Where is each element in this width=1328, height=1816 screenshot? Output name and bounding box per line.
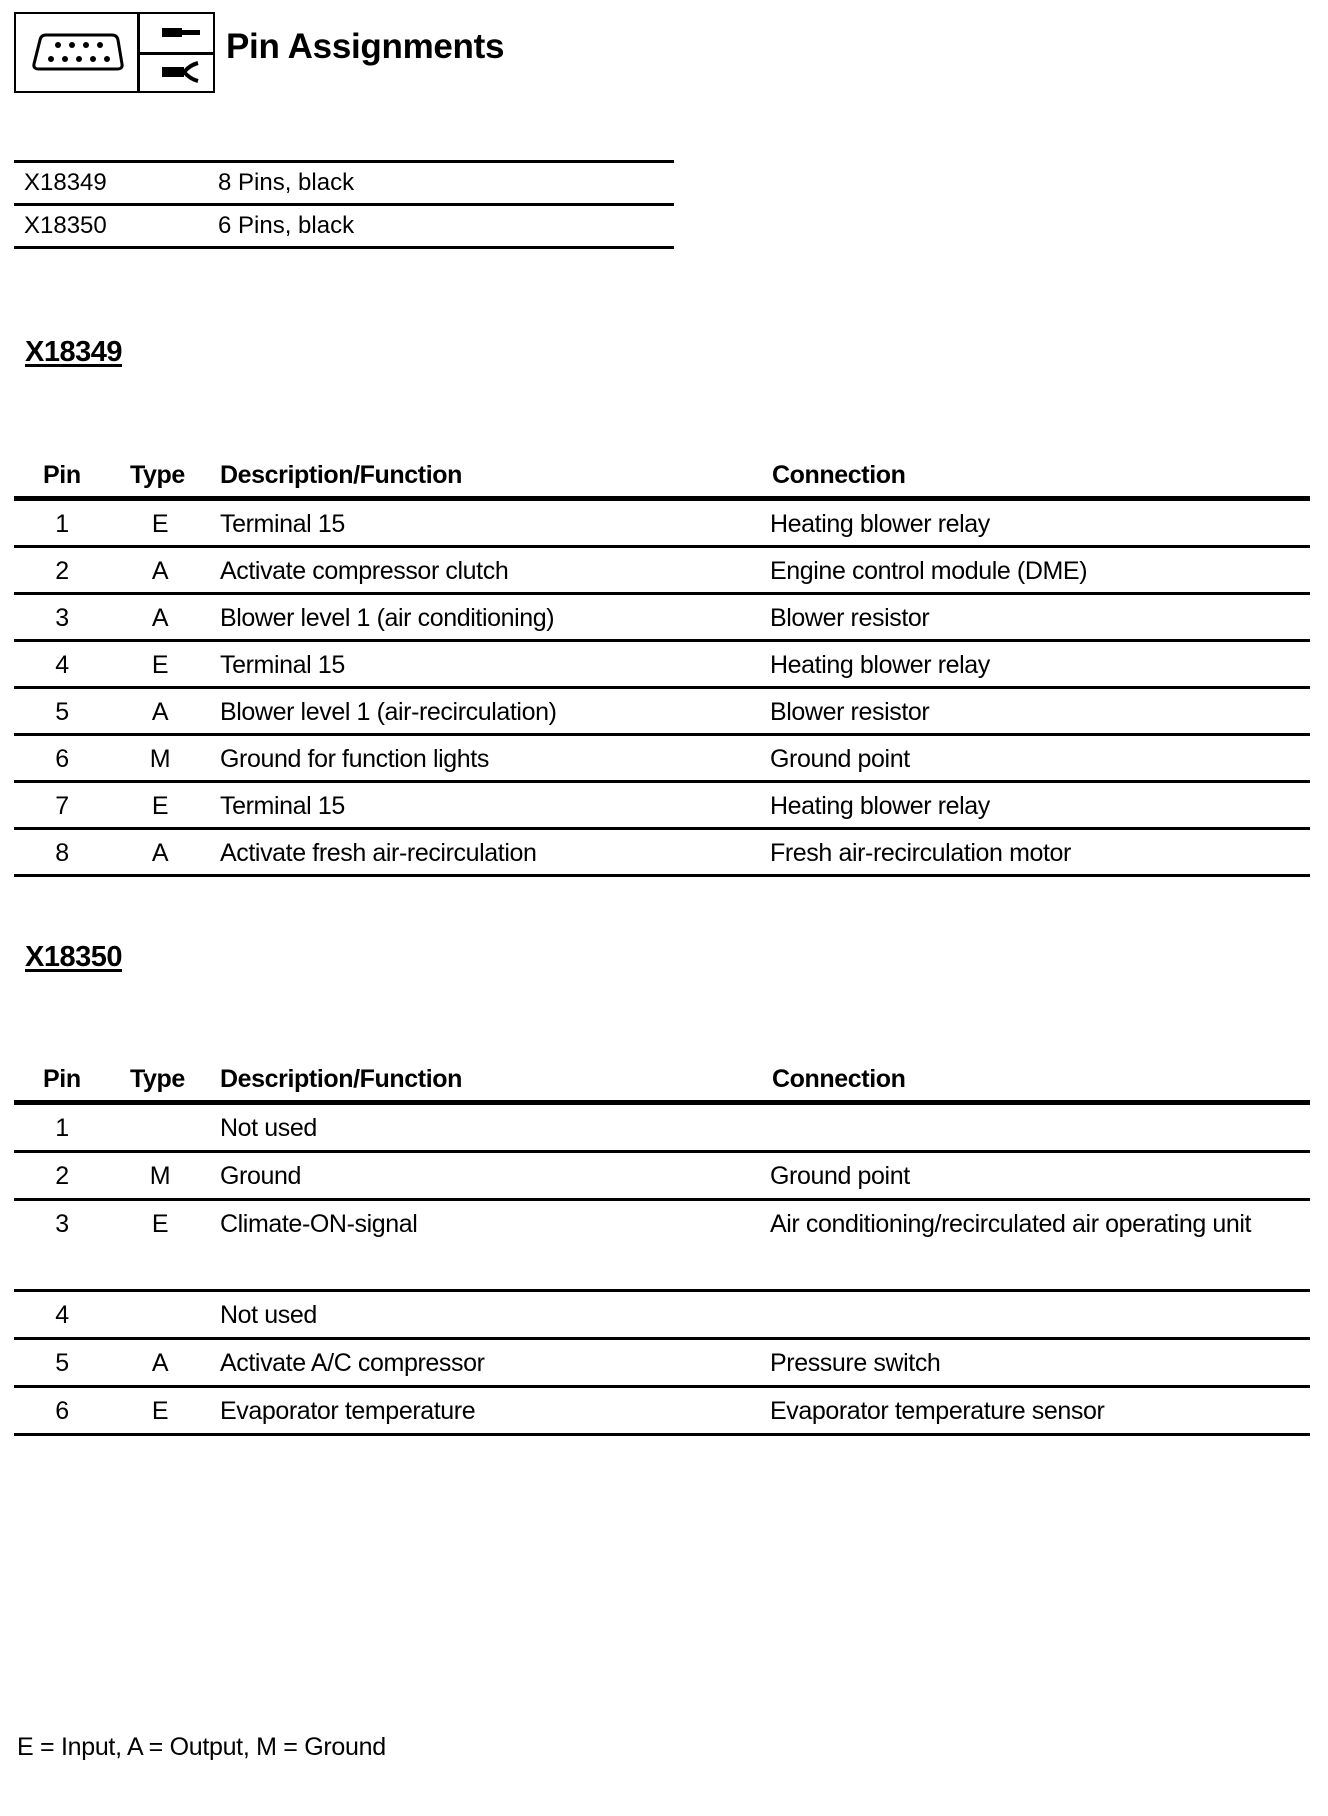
cell-pin: 7 bbox=[42, 789, 82, 823]
cell-type: E bbox=[140, 1207, 180, 1241]
summary-row: X18350 6 Pins, black bbox=[14, 203, 674, 249]
cell-type: A bbox=[140, 601, 180, 635]
cell-connection: Heating blower relay bbox=[770, 648, 1290, 682]
cell-pin: 3 bbox=[42, 1207, 82, 1241]
cell-connection: Ground point bbox=[770, 1159, 1290, 1193]
cell-pin: 3 bbox=[42, 601, 82, 635]
column-header-type: Type bbox=[130, 1064, 185, 1094]
pin-table-x18350: PinTypeDescription/FunctionConnection1No… bbox=[14, 1056, 1310, 1436]
section-heading-x18350: X18350 bbox=[25, 941, 122, 974]
column-header-pin: Pin bbox=[43, 460, 81, 490]
male-pin-icon bbox=[140, 14, 213, 55]
summary-connector: X18349 bbox=[24, 167, 107, 199]
cell-type: A bbox=[140, 695, 180, 729]
cell-pin: 1 bbox=[42, 507, 82, 541]
cell-type: E bbox=[140, 1394, 180, 1428]
cell-description: Terminal 15 bbox=[220, 789, 345, 823]
column-header-description: Description/Function bbox=[220, 460, 462, 490]
table-row: 1Not used bbox=[14, 1105, 1310, 1153]
table-row: 8AActivate fresh air-recirculationFresh … bbox=[14, 830, 1310, 877]
table-row: 2AActivate compressor clutchEngine contr… bbox=[14, 548, 1310, 595]
cell-type: M bbox=[140, 742, 180, 776]
female-socket-icon bbox=[140, 55, 213, 91]
summary-info: 8 Pins, black bbox=[218, 167, 354, 199]
cell-pin: 5 bbox=[42, 695, 82, 729]
table-row: 6MGround for function lightsGround point bbox=[14, 736, 1310, 783]
cell-description: Evaporator temperature bbox=[220, 1394, 475, 1428]
summary-connector: X18350 bbox=[24, 210, 107, 242]
cell-type: E bbox=[140, 789, 180, 823]
cell-pin: 4 bbox=[42, 648, 82, 682]
cell-connection: Blower resistor bbox=[770, 695, 1290, 729]
cell-type: E bbox=[140, 648, 180, 682]
table-header: PinTypeDescription/FunctionConnection bbox=[14, 452, 1310, 496]
cell-connection: Heating blower relay bbox=[770, 789, 1290, 823]
cell-description: Activate compressor clutch bbox=[220, 554, 508, 588]
cell-type: M bbox=[140, 1159, 180, 1193]
cell-connection: Pressure switch bbox=[770, 1346, 1290, 1380]
table-row: 5ABlower level 1 (air-recirculation)Blow… bbox=[14, 689, 1310, 736]
table-header: PinTypeDescription/FunctionConnection bbox=[14, 1056, 1310, 1100]
cell-description: Ground for function lights bbox=[220, 742, 489, 776]
cell-connection: Fresh air-recirculation motor bbox=[770, 836, 1290, 870]
cell-pin: 1 bbox=[42, 1111, 82, 1145]
column-header-description: Description/Function bbox=[220, 1064, 462, 1094]
cell-description: Blower level 1 (air conditioning) bbox=[220, 601, 554, 635]
cell-connection: Engine control module (DME) bbox=[770, 554, 1290, 588]
table-row: 2MGroundGround point bbox=[14, 1153, 1310, 1201]
cell-pin: 8 bbox=[42, 836, 82, 870]
cell-type: A bbox=[140, 554, 180, 588]
cell-pin: 6 bbox=[42, 742, 82, 776]
table-row: 1ETerminal 15Heating blower relay bbox=[14, 501, 1310, 548]
table-row: 6EEvaporator temperatureEvaporator tempe… bbox=[14, 1388, 1310, 1436]
cell-connection: Ground point bbox=[770, 742, 1290, 776]
cell-pin: 4 bbox=[42, 1298, 82, 1332]
summary-info: 6 Pins, black bbox=[218, 210, 354, 242]
cell-type: A bbox=[140, 1346, 180, 1380]
cell-pin: 2 bbox=[42, 554, 82, 588]
cell-type: A bbox=[140, 836, 180, 870]
cell-description: Terminal 15 bbox=[220, 507, 345, 541]
table-row: 4Not used bbox=[14, 1292, 1310, 1340]
cell-connection: Blower resistor bbox=[770, 601, 1290, 635]
cell-description: Activate fresh air-recirculation bbox=[220, 836, 537, 870]
table-row: 3EClimate-ON-signalAir conditioning/reci… bbox=[14, 1201, 1310, 1292]
cell-description: Climate-ON-signal bbox=[220, 1207, 417, 1241]
cell-pin: 2 bbox=[42, 1159, 82, 1193]
pin-table-x18349: PinTypeDescription/FunctionConnection1ET… bbox=[14, 452, 1310, 877]
cell-pin: 5 bbox=[42, 1346, 82, 1380]
table-row: 3ABlower level 1 (air conditioning)Blowe… bbox=[14, 595, 1310, 642]
cell-description: Activate A/C compressor bbox=[220, 1346, 485, 1380]
cell-pin: 6 bbox=[42, 1394, 82, 1428]
table-row: 7ETerminal 15Heating blower relay bbox=[14, 783, 1310, 830]
connector-summary-table: X18349 8 Pins, black X18350 6 Pins, blac… bbox=[14, 160, 674, 249]
type-legend: E = Input, A = Output, M = Ground bbox=[17, 1730, 386, 1764]
page-title: Pin Assignments bbox=[226, 24, 504, 70]
table-row: 4ETerminal 15Heating blower relay bbox=[14, 642, 1310, 689]
summary-row: X18349 8 Pins, black bbox=[14, 160, 674, 203]
column-header-type: Type bbox=[130, 460, 185, 490]
cell-description: Terminal 15 bbox=[220, 648, 345, 682]
cell-connection: Evaporator temperature sensor bbox=[770, 1394, 1290, 1428]
cell-description: Ground bbox=[220, 1159, 301, 1193]
column-header-pin: Pin bbox=[43, 1064, 81, 1094]
table-row: 5AActivate A/C compressorPressure switch bbox=[14, 1340, 1310, 1388]
cell-description: Blower level 1 (air-recirculation) bbox=[220, 695, 557, 729]
cell-type: E bbox=[140, 507, 180, 541]
cell-description: Not used bbox=[220, 1298, 317, 1332]
cell-description: Not used bbox=[220, 1111, 317, 1145]
column-header-connection: Connection bbox=[772, 460, 906, 490]
connector-logo bbox=[14, 12, 215, 93]
connector-plug-icon bbox=[16, 14, 140, 91]
section-heading-x18349: X18349 bbox=[25, 336, 122, 369]
cell-connection: Air conditioning/recirculated air operat… bbox=[770, 1207, 1290, 1241]
column-header-connection: Connection bbox=[772, 1064, 906, 1094]
cell-connection: Heating blower relay bbox=[770, 507, 1290, 541]
